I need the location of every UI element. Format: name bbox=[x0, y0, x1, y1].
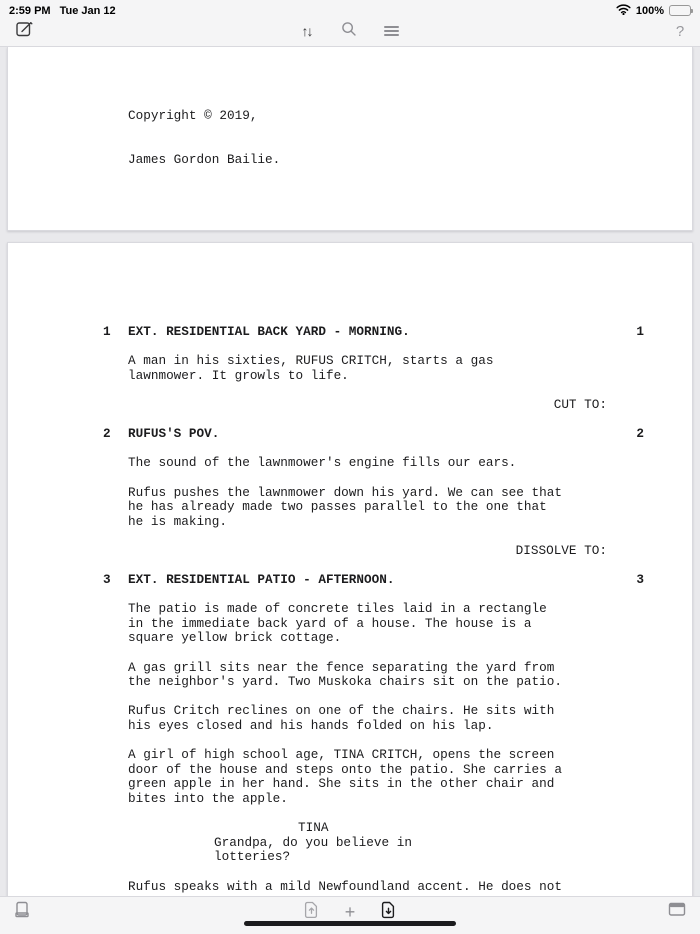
status-date: Tue Jan 12 bbox=[60, 5, 116, 17]
toolbar-center: ↑↓ bbox=[0, 18, 700, 44]
script-scene[interactable]: 2RUFUS'S POV.2 bbox=[128, 427, 607, 442]
home-indicator[interactable] bbox=[244, 921, 456, 926]
script-body[interactable]: 1EXT. RESIDENTIAL BACK YARD - MORNING.1A… bbox=[8, 243, 692, 894]
script-scene[interactable]: 1EXT. RESIDENTIAL BACK YARD - MORNING.1 bbox=[128, 325, 607, 340]
help-button[interactable]: ? bbox=[670, 18, 690, 44]
status-right: 100% bbox=[616, 4, 691, 18]
script-action[interactable]: Rufus pushes the lawnmower down his yard… bbox=[128, 486, 607, 530]
scene-number-left: 2 bbox=[103, 427, 111, 442]
script-action[interactable]: A man in his sixties, RUFUS CRITCH, star… bbox=[128, 354, 607, 383]
script-action[interactable]: Rufus speaks with a mild Newfoundland ac… bbox=[128, 880, 607, 895]
script-transition[interactable]: CUT TO: bbox=[128, 398, 607, 413]
wifi-icon bbox=[616, 4, 631, 18]
blank-line bbox=[128, 197, 607, 212]
copyright-line-1[interactable]: Copyright © 2019, bbox=[128, 109, 607, 124]
search-button[interactable] bbox=[341, 18, 357, 44]
menu-icon bbox=[384, 26, 399, 36]
script-page[interactable]: 1EXT. RESIDENTIAL BACK YARD - MORNING.1A… bbox=[7, 242, 693, 934]
sort-button[interactable]: ↑↓ bbox=[302, 18, 314, 44]
bottom-toolbar: + bbox=[0, 896, 700, 934]
copyright-line-2[interactable]: James Gordon Bailie. bbox=[128, 153, 607, 168]
plus-icon: + bbox=[345, 903, 356, 921]
scene-number-left: 1 bbox=[103, 325, 111, 340]
scene-heading-text: RUFUS'S POV. bbox=[128, 426, 219, 441]
display-button[interactable] bbox=[667, 900, 687, 924]
script-action[interactable]: The sound of the lawnmower's engine fill… bbox=[128, 456, 607, 471]
help-icon: ? bbox=[676, 23, 684, 40]
script-action[interactable]: A gas grill sits near the fence separati… bbox=[128, 661, 607, 690]
scene-number-right: 3 bbox=[636, 573, 644, 588]
app-screen: 2:59 PM Tue Jan 12 100% bbox=[0, 0, 700, 934]
menu-button[interactable] bbox=[384, 18, 399, 44]
search-icon bbox=[341, 21, 357, 42]
scene-heading-text: EXT. RESIDENTIAL PATIO - AFTERNOON. bbox=[128, 572, 394, 587]
document-canvas[interactable]: Copyright © 2019, James Gordon Bailie. j… bbox=[0, 47, 700, 934]
top-chrome: 2:59 PM Tue Jan 12 100% bbox=[0, 0, 700, 47]
script-dialogue[interactable]: Grandpa, do you believe in lotteries? bbox=[214, 836, 607, 865]
script-action[interactable]: The patio is made of concrete tiles laid… bbox=[128, 602, 607, 646]
scene-number-left: 3 bbox=[103, 573, 111, 588]
script-action[interactable]: Rufus Critch reclines on one of the chai… bbox=[128, 704, 607, 733]
script-scene[interactable]: 3EXT. RESIDENTIAL PATIO - AFTERNOON.3 bbox=[128, 573, 607, 588]
script-transition[interactable]: DISSOLVE TO: bbox=[128, 544, 607, 559]
page-gap bbox=[0, 231, 700, 242]
scene-number-right: 2 bbox=[636, 427, 644, 442]
script-action[interactable]: A girl of high school age, TINA CRITCH, … bbox=[128, 748, 607, 806]
title-block[interactable]: Copyright © 2019, James Gordon Bailie. j… bbox=[8, 47, 692, 231]
toolbar: ↑↓ ? bbox=[0, 18, 700, 46]
window-icon bbox=[668, 902, 686, 922]
status-time: 2:59 PM bbox=[9, 5, 51, 17]
sort-icon: ↑↓ bbox=[302, 23, 314, 39]
title-page[interactable]: Copyright © 2019, James Gordon Bailie. j… bbox=[7, 47, 693, 231]
battery-percent: 100% bbox=[636, 5, 664, 17]
status-left: 2:59 PM Tue Jan 12 bbox=[9, 5, 116, 17]
scene-number-right: 1 bbox=[636, 325, 644, 340]
script-character[interactable]: TINA bbox=[298, 821, 607, 836]
scene-heading-text: EXT. RESIDENTIAL BACK YARD - MORNING. bbox=[128, 324, 410, 339]
status-bar: 2:59 PM Tue Jan 12 100% bbox=[0, 0, 700, 18]
battery-icon bbox=[669, 5, 691, 16]
